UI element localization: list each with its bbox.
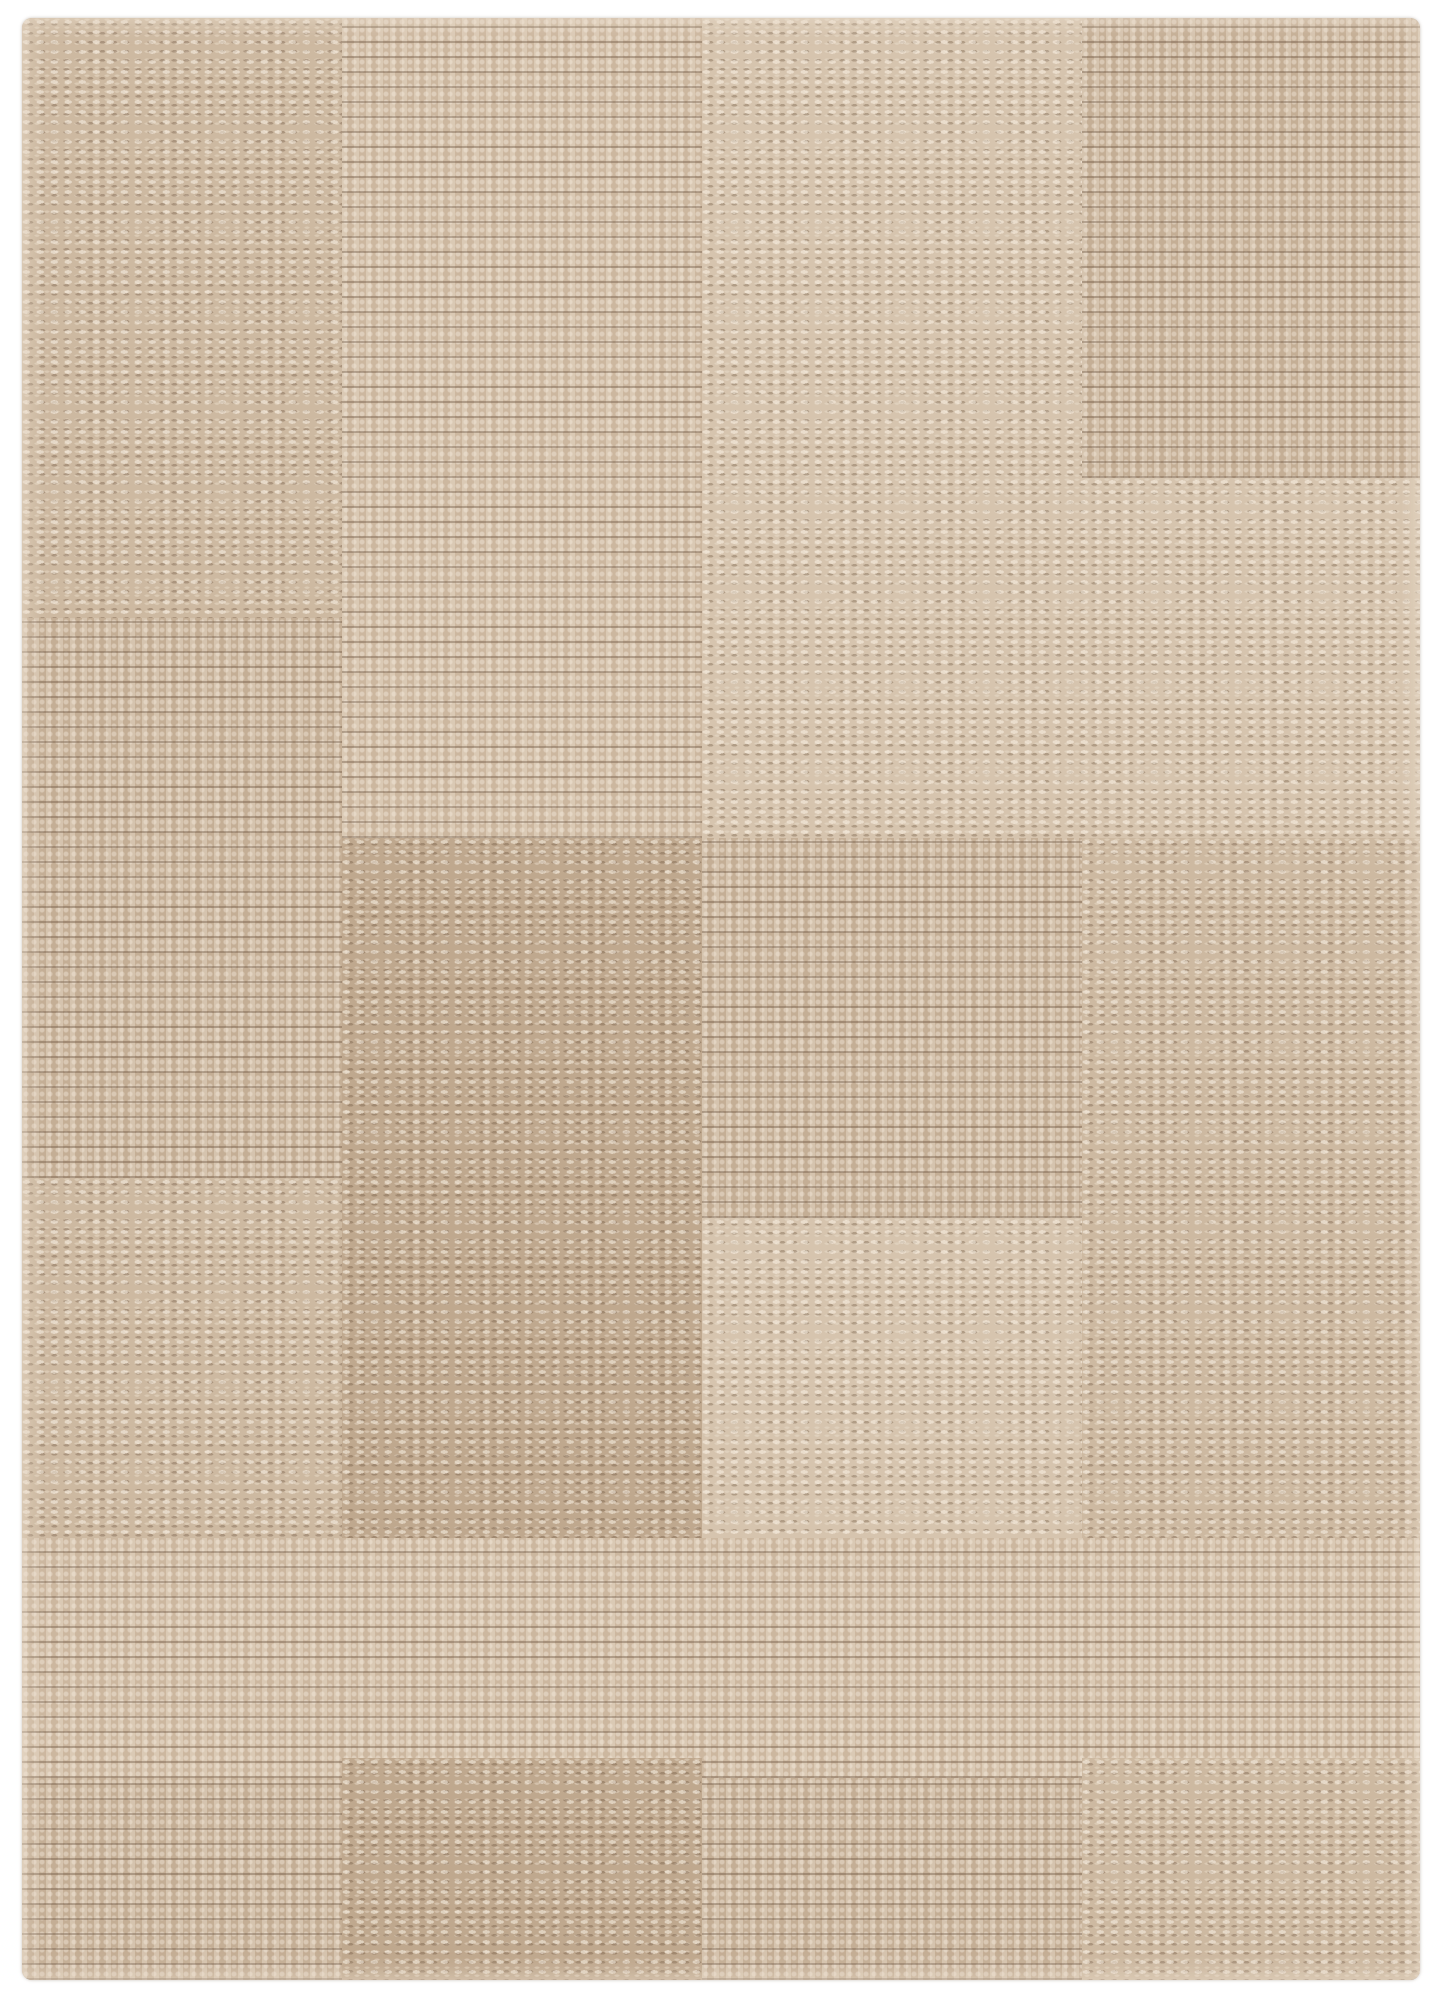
rug-block-flat <box>22 1538 1420 1778</box>
rug-block-shag <box>22 18 342 618</box>
rug-block-flat <box>702 838 1082 1218</box>
rug-block-shag <box>1082 838 1420 1538</box>
rug-block-shag <box>702 1218 1082 1538</box>
rug-block-shag <box>702 478 1420 838</box>
rug-block-shag <box>702 18 1082 478</box>
rug-block-flat <box>22 618 342 1178</box>
rug-block-flat <box>22 1778 342 1980</box>
rug-block-flat <box>342 18 702 838</box>
rug-block-flat <box>702 1778 1082 1980</box>
shag-rug <box>22 18 1420 1980</box>
rug-block-shag <box>342 1758 702 1980</box>
rug-block-flat <box>1082 18 1420 478</box>
photo-canvas <box>0 0 1444 2000</box>
rug-block-shag <box>1082 1758 1420 1980</box>
rug-block-shag <box>342 838 702 1538</box>
rug-block-shag <box>22 1178 342 1538</box>
